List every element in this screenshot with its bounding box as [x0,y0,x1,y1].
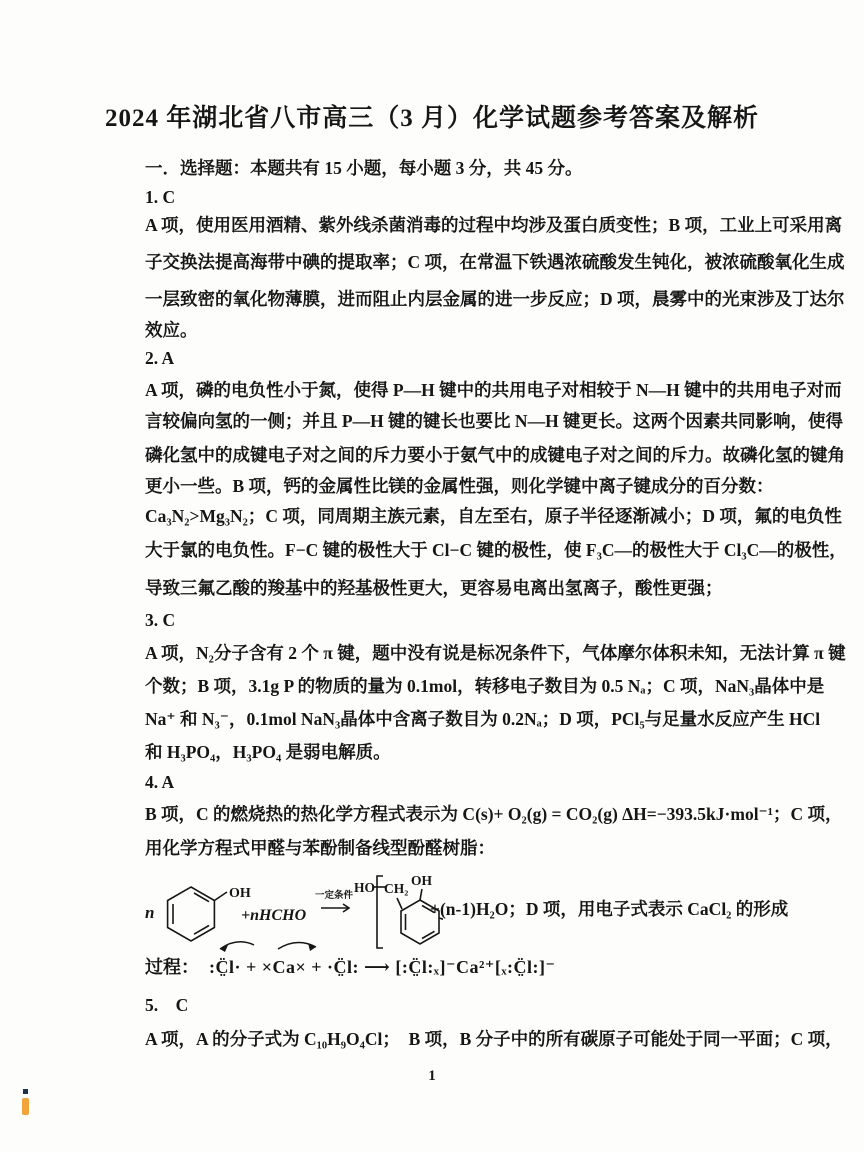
page-number: 1 [0,1068,864,1085]
explanation-2-line-2: 言较偏向氢的一侧；并且 P—H 键的键长也要比 N—H 键更长。这两个因素共同影… [145,409,745,433]
explanation-1-line-2: 子交换法提高海带中碘的提取率；C 项，在常温下铁遇浓硫酸发生钝化，被浓硫酸氧化生… [145,250,745,274]
explanation-2-line-3: 磷化氢中的成键电子对之间的斥力要小于氨气中的成键电子对之间的斥力。故磷化氢的键角 [145,443,745,467]
explanation-1-line-1: A 项，使用医用酒精、紫外线杀菌消毒的过程中均涉及蛋白质变性；B 项，工业上可采… [145,213,745,237]
phenol-oh-label: OH [229,886,251,901]
product-ho-label: HO [354,880,375,895]
lewis-formula-line: 过程：:C̤̈l· + ×Ca× + ·C̤̈l: ⟶ [:C̤̈l:ₓ]⁻Ca… [145,953,555,979]
explanation-2-line-4: 更小一些。B 项，钙的金属性比镁的金属性强，则化学键中离子键成分的百分数： [145,474,745,498]
coefficient-n-label: n [145,903,154,922]
lewis-label: 过程： [145,957,199,977]
document-title: 2024 年湖北省八市高三（3 月）化学试题参考答案及解析 [0,98,864,134]
explanation-2-line-7: 导致三氟乙酸的羧基中的羟基极性更大，更容易电离出氢离子，酸性更强； [145,576,745,600]
watermark-bar-icon [22,1098,29,1115]
reaction-condition-label: 一定条件 [315,889,354,901]
electron-transfer-arrows [212,941,342,955]
answer-2: 2. A [145,346,745,370]
explanation-3-line-1: A 项，N₂分子含有 2 个 π 键，题中没有说是标况条件下，气体摩尔体积未知，… [145,641,745,665]
answer-1: 1. C [145,185,745,209]
explanation-4-line-1: B 项，C 的燃烧热的热化学方程式表示为 C(s)+ O₂(g) = CO₂(g… [145,802,745,826]
answer-5: 5. C [145,993,745,1017]
explanation-3-line-3: Na⁺ 和 N₃⁻，0.1mol NaN₃晶体中含离子数目为 0.2Nₐ；D 项… [145,707,745,731]
explanation-1-line-4: 效应。 [145,318,745,342]
formaldehyde-label: +nHCHO [241,907,307,924]
answer-4: 4. A [145,770,745,794]
product-ch2-label: CH₂ [384,881,408,896]
explanation-3-line-4: 和 H₃PO₄，H₃PO₄ 是弱电解质。 [145,740,745,764]
answer-3: 3. C [145,608,745,632]
explanation-2-line-6: 大于氯的电负性。F−C 键的极性大于 Cl−C 键的极性，使 F₃C—的极性大于… [145,538,745,562]
explanation-2-line-1: A 项，磷的电负性小于氮，使得 P—H 键中的共用电子对相较于 N—H 键中的共… [145,378,745,402]
explanation-5-line-1: A 项，A 的分子式为 C₁₀H₉O₄Cl； B 项，B 分子中的所有碳原子可能… [145,1027,745,1051]
explanation-3-line-2: 个数；B 项，3.1g P 的物质的量为 0.1mol，转移电子数目为 0.5 … [145,674,745,698]
explanation-1-line-3: 一层致密的氧化物薄膜，进而阻止内层金属的进一步反应；D 项，晨雾中的光束涉及丁达… [145,287,745,311]
watermark-dot-icon [23,1089,28,1094]
document-page: 2024 年湖北省八市高三（3 月）化学试题参考答案及解析 一．选择题：本题共有… [0,0,864,1152]
explanation-4-line-3: +(n-1)H₂O；D 项，用电子式表示 CaCl₂ 的形成 [430,896,750,921]
explanation-2-line-5: Ca₃N₂>Mg₃N₂；C 项，同周期主族元素，自左至右，原子半径逐渐减小；D … [145,504,745,528]
section-header: 一．选择题：本题共有 15 小题，每小题 3 分，共 45 分。 [145,156,745,180]
product-oh-label: OH [411,873,433,888]
lewis-formula: :C̤̈l· + ×Ca× + ·C̤̈l: ⟶ [:C̤̈l:ₓ]⁻Ca²⁺[… [209,957,555,977]
